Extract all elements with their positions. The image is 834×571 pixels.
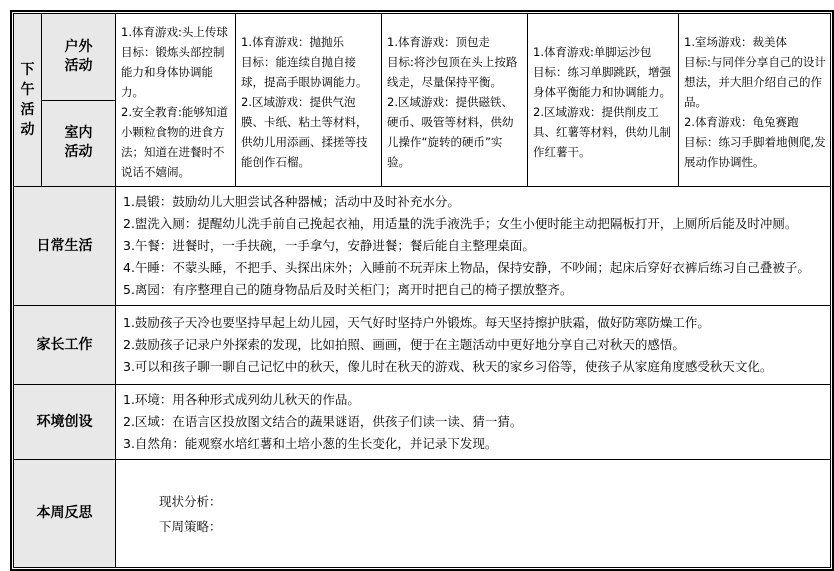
- sub-header-indoor-activities-label: 室内活动: [64, 124, 94, 162]
- environment-setup-item: 3.自然角：能观察水培红薯和土培小葱的生长变化，并记录下发现。: [123, 433, 827, 455]
- daily-life-item: 4.午睡：不蒙头睡，不把手、头探出床外；入睡前不玩弄床上物品，保持安静，不吵闹；…: [123, 257, 827, 279]
- row-header-environment-setup: 环境创设: [14, 385, 116, 460]
- reflection-next-week-strategy-label: 下周策略：: [121, 514, 827, 539]
- parent-work-item: 3.可以和孩子聊一聊自己记忆中的秋天，像儿时在秋天的游戏、秋天的家乡习俗等，使孩…: [123, 356, 827, 378]
- daily-life-item: 5.离园：有序整理自己的随身物品后及时关柜门；离开时把自己的椅子摆放整齐。: [123, 279, 827, 301]
- row-header-weekly-reflection: 本周反思: [14, 460, 116, 568]
- afternoon-activity-day-1: 1.体育游戏:头上传球 目标：锻炼头部控制能力和身体协调能力。 2.安全教育:能…: [116, 14, 236, 187]
- weekly-reflection-cell: 现状分析： 下周策略：: [116, 460, 831, 568]
- schedule-table-border: 下午活动 户外活动 1.体育游戏:头上传球 目标：锻炼头部控制能力和身体协调能力…: [10, 10, 834, 571]
- sub-header-outdoor-activities-label: 户外活动: [64, 38, 94, 76]
- reflection-status-analysis-label: 现状分析：: [121, 489, 827, 514]
- afternoon-activity-day-4: 1.体育游戏:单脚运沙包 目标：练习单脚跳跃，增强身体平衡能力和协调能力。 2.…: [528, 14, 679, 187]
- parent-work-item: 1.鼓励孩子天冷也要坚持早起上幼儿园，天气好时坚持户外锻炼。每天坚持擦护肤霜，做…: [123, 312, 827, 334]
- sub-header-indoor-activities: 室内活动: [42, 100, 116, 187]
- weekly-plan-document: 下午活动 户外活动 1.体育游戏:头上传球 目标：锻炼头部控制能力和身体协调能力…: [0, 0, 834, 557]
- afternoon-activity-day-2: 1.体育游戏：抛抛乐 目标：能连续自抛自接球，提高手眼协调能力。 2.区域游戏：…: [236, 14, 382, 187]
- parent-work-item: 2.鼓励孩子记录户外探索的发现，比如拍照、画画，便于在主题活动中更好地分享自己对…: [123, 334, 827, 356]
- daily-life-cell: 1.晨锻：鼓励幼儿大胆尝试各种器械；活动中及时补充水分。 2.盥洗入厕：提醒幼儿…: [116, 187, 831, 306]
- row-header-afternoon-activities: 下午活动: [14, 14, 42, 187]
- row-header-daily-life: 日常生活: [14, 187, 116, 306]
- schedule-table: 下午活动 户外活动 1.体育游戏:头上传球 目标：锻炼头部控制能力和身体协调能力…: [13, 13, 831, 568]
- afternoon-activity-day-5: 1.室场游戏：裁美体 目标:与同伴分享自己的设计想法，并大胆介绍自己的作品。 2…: [679, 14, 831, 187]
- parent-work-cell: 1.鼓励孩子天冷也要坚持早起上幼儿园，天气好时坚持户外锻炼。每天坚持擦护肤霜，做…: [116, 306, 831, 385]
- row-header-afternoon-activities-label: 下午活动: [20, 60, 36, 140]
- row-header-parent-work: 家长工作: [14, 306, 116, 385]
- afternoon-activity-day-3: 1.体育游戏：顶包走 目标:将沙包顶在头上按路线走，尽量保持平衡。 2.区域游戏…: [382, 14, 528, 187]
- daily-life-item: 2.盥洗入厕：提醒幼儿洗手前自己挽起衣袖，用适量的洗手液洗手；女生小便时能主动把…: [123, 213, 827, 235]
- environment-setup-item: 2.区域：在语言区投放图文结合的蔬果谜语，供孩子们读一读、猜一猜。: [123, 411, 827, 433]
- environment-setup-item: 1.环境：用各种形式成列幼儿秋天的作品。: [123, 389, 827, 411]
- daily-life-item: 3.午餐：进餐时，一手扶碗，一手拿勺，安静进餐；餐后能自主整理桌面。: [123, 235, 827, 257]
- daily-life-item: 1.晨锻：鼓励幼儿大胆尝试各种器械；活动中及时补充水分。: [123, 191, 827, 213]
- environment-setup-cell: 1.环境：用各种形式成列幼儿秋天的作品。 2.区域：在语言区投放图文结合的蔬果谜…: [116, 385, 831, 460]
- sub-header-outdoor-activities: 户外活动: [42, 14, 116, 101]
